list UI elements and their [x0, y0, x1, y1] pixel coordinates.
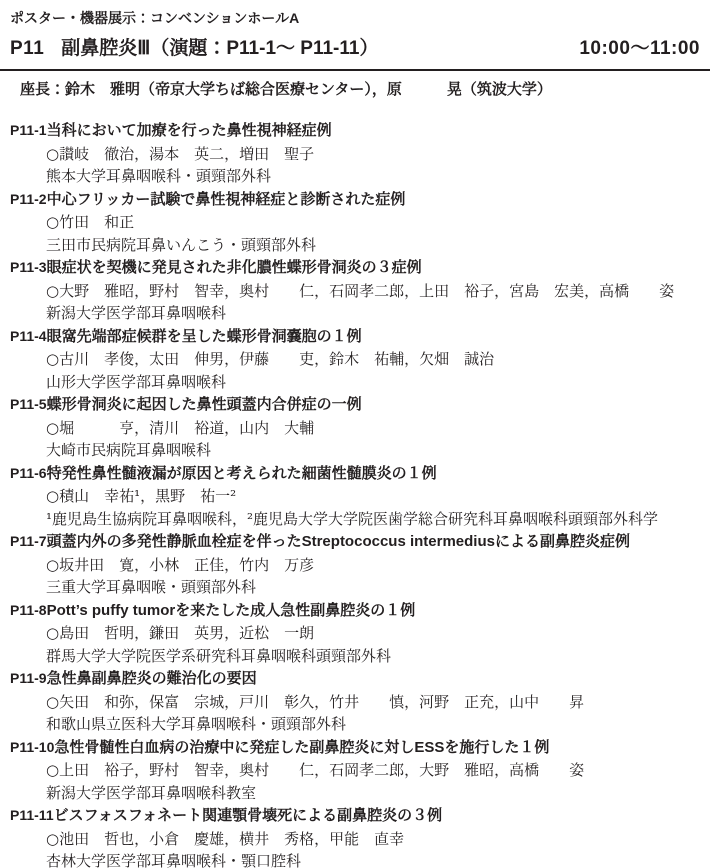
entry-number: P11-4 — [10, 325, 47, 348]
entry-title: 特発性鼻性髄液漏が原因と考えられた細菌性髄膜炎の１例 — [47, 465, 437, 482]
entry-head: P11-8Pott’s puffy tumorを来たした成人急性副鼻腔炎の１例 — [10, 599, 702, 623]
venue-line: ポスター・機器展示：コンベンションホールA — [0, 0, 710, 28]
entry-head: P11-9急性鼻副鼻腔炎の難治化の要因 — [10, 667, 702, 691]
entry-authors: ○池田 哲也，小倉 慶雄，横井 秀格，甲能 直幸 — [46, 828, 702, 851]
presentation-entry: P11-2中心フリッカー試験で鼻性視神経症と診断された症例 ○竹田 和正 三田市… — [10, 188, 702, 257]
entry-affiliation: 三田市民病院耳鼻いんこう・頭頸部外科 — [46, 234, 702, 257]
entry-title: 当科において加療を行った鼻性視神経症例 — [47, 122, 332, 139]
entry-authors: ○古川 孝俊，太田 伸男，伊藤 吏，鈴木 祐輔，欠畑 誠治 — [46, 348, 702, 371]
presentation-entry: P11-11ビスフォスフォネート関連顎骨壊死による副鼻腔炎の３例 ○池田 哲也，… — [10, 804, 702, 868]
entry-title: 頭蓋内外の多発性静脈血栓症を伴ったStreptococcus intermedi… — [47, 533, 630, 550]
entry-head: P11-6特発性鼻性髄液漏が原因と考えられた細菌性髄膜炎の１例 — [10, 462, 702, 486]
entry-number: P11-10 — [10, 736, 54, 759]
entry-number: P11-11 — [10, 804, 54, 827]
presentation-entry: P11-5蝶形骨洞炎に起因した鼻性頭蓋内合併症の一例 ○堀 亨，清川 裕道，山内… — [10, 393, 702, 462]
entry-number: P11-1 — [10, 119, 47, 142]
entry-authors: ○島田 哲明，鎌田 英男，近松 一朗 — [46, 622, 702, 645]
entry-affiliation: 新潟大学医学部耳鼻咽喉科教室 — [46, 782, 702, 805]
entry-authors: ○大野 雅昭，野村 智幸，奥村 仁，石岡孝二郎，上田 裕子，宮島 宏美，高橋 姿 — [46, 280, 702, 303]
presentation-entry: P11-3眼症状を契機に発見された非化膿性蝶形骨洞炎の３症例 ○大野 雅昭，野村… — [10, 256, 702, 325]
entry-title: ビスフォスフォネート関連顎骨壊死による副鼻腔炎の３例 — [54, 807, 443, 824]
entry-authors: ○讃岐 徹治，湯本 英二，増田 聖子 — [46, 143, 702, 166]
entry-authors: ○積山 幸祐¹，黒野 祐一² — [46, 485, 702, 508]
entry-affiliation: 杏林大学医学部耳鼻咽喉科・顎口腔科 — [46, 850, 702, 868]
entry-head: P11-5蝶形骨洞炎に起因した鼻性頭蓋内合併症の一例 — [10, 393, 702, 417]
entry-authors: ○坂井田 寛，小林 正佳，竹内 万彦 — [46, 554, 702, 577]
presentation-entry: P11-4眼窩先端部症候群を呈した蝶形骨洞嚢胞の１例 ○古川 孝俊，太田 伸男，… — [10, 325, 702, 394]
entry-head: P11-3眼症状を契機に発見された非化膿性蝶形骨洞炎の３症例 — [10, 256, 702, 280]
entry-number: P11-2 — [10, 188, 47, 211]
entry-authors: ○竹田 和正 — [46, 211, 702, 234]
entry-number: P11-7 — [10, 530, 47, 553]
entry-authors: ○矢田 和弥，保富 宗城，戸川 彰久，竹井 慎，河野 正充，山中 昇 — [46, 691, 702, 714]
presentation-entry: P11-9急性鼻副鼻腔炎の難治化の要因 ○矢田 和弥，保富 宗城，戸川 彰久，竹… — [10, 667, 702, 736]
entry-affiliation: 群馬大学大学院医学系研究科耳鼻咽喉科頭頸部外科 — [46, 645, 702, 668]
entry-list: P11-1当科において加療を行った鼻性視神経症例 ○讃岐 徹治，湯本 英二，増田… — [0, 101, 710, 868]
entry-title: 中心フリッカー試験で鼻性視神経症と診断された症例 — [47, 191, 406, 208]
entry-affiliation: 大崎市民病院耳鼻咽喉科 — [46, 439, 702, 462]
entry-title: 眼窩先端部症候群を呈した蝶形骨洞嚢胞の１例 — [47, 328, 362, 345]
entry-title: 急性骨髄性白血病の治療中に発症した副鼻腔炎に対しESSを施行した１例 — [54, 739, 549, 756]
entry-affiliation: ¹鹿児島生協病院耳鼻咽喉科，²鹿児島大学大学院医歯学総合研究科耳鼻咽喉科頭頸部外… — [46, 508, 702, 531]
entry-affiliation: 新潟大学医学部耳鼻咽喉科 — [46, 302, 702, 325]
entry-head: P11-7頭蓋内外の多発性静脈血栓症を伴ったStreptococcus inte… — [10, 530, 702, 554]
entry-affiliation: 和歌山県立医科大学耳鼻咽喉科・頭頸部外科 — [46, 713, 702, 736]
entry-head: P11-10急性骨髄性白血病の治療中に発症した副鼻腔炎に対しESSを施行した１例 — [10, 736, 702, 760]
entry-title: Pott’s puffy tumorを来たした成人急性副鼻腔炎の１例 — [47, 602, 416, 619]
presentation-entry: P11-1当科において加療を行った鼻性視神経症例 ○讃岐 徹治，湯本 英二，増田… — [10, 119, 702, 188]
presentation-entry: P11-7頭蓋内外の多発性静脈血栓症を伴ったStreptococcus inte… — [10, 530, 702, 599]
entry-head: P11-4眼窩先端部症候群を呈した蝶形骨洞嚢胞の１例 — [10, 325, 702, 349]
entry-head: P11-1当科において加療を行った鼻性視神経症例 — [10, 119, 702, 143]
session-heading: P11 副鼻腔炎Ⅲ（演題：P11-1〜 P11-11） — [10, 33, 378, 60]
entry-affiliation: 山形大学医学部耳鼻咽喉科 — [46, 371, 702, 394]
session-title: 副鼻腔炎Ⅲ（演題：P11-1〜 P11-11） — [61, 33, 378, 60]
session-time: 10:00〜11:00 — [579, 33, 700, 60]
entry-affiliation: 熊本大学耳鼻咽喉科・頭頸部外科 — [46, 165, 702, 188]
entry-head: P11-2中心フリッカー試験で鼻性視神経症と診断された症例 — [10, 188, 702, 212]
entry-title: 急性鼻副鼻腔炎の難治化の要因 — [47, 670, 257, 687]
entry-authors: ○上田 裕子，野村 智幸，奥村 仁，石岡孝二郎，大野 雅昭，高橋 姿 — [46, 759, 702, 782]
entry-number: P11-5 — [10, 393, 47, 416]
entry-title: 眼症状を契機に発見された非化膿性蝶形骨洞炎の３症例 — [47, 259, 422, 276]
entry-number: P11-3 — [10, 256, 47, 279]
presentation-entry: P11-8Pott’s puffy tumorを来たした成人急性副鼻腔炎の１例 … — [10, 599, 702, 668]
entry-title: 蝶形骨洞炎に起因した鼻性頭蓋内合併症の一例 — [47, 396, 362, 413]
entry-number: P11-8 — [10, 599, 47, 622]
entry-authors: ○堀 亨，清川 裕道，山内 大輔 — [46, 417, 702, 440]
presentation-entry: P11-6特発性鼻性髄液漏が原因と考えられた細菌性髄膜炎の１例 ○積山 幸祐¹，… — [10, 462, 702, 531]
session-header: P11 副鼻腔炎Ⅲ（演題：P11-1〜 P11-11） 10:00〜11:00 — [0, 28, 710, 60]
session-code: P11 — [10, 38, 44, 60]
program-page: ポスター・機器展示：コンベンションホールA P11 副鼻腔炎Ⅲ（演題：P11-1… — [0, 0, 710, 868]
chair-line: 座長：鈴木 雅明（帝京大学ちば総合医療センター），原 晃（筑波大学） — [0, 71, 710, 101]
entry-head: P11-11ビスフォスフォネート関連顎骨壊死による副鼻腔炎の３例 — [10, 804, 702, 828]
entry-number: P11-9 — [10, 667, 47, 690]
presentation-entry: P11-10急性骨髄性白血病の治療中に発症した副鼻腔炎に対しESSを施行した１例… — [10, 736, 702, 805]
entry-affiliation: 三重大学耳鼻咽喉・頭頸部外科 — [46, 576, 702, 599]
entry-number: P11-6 — [10, 462, 47, 485]
